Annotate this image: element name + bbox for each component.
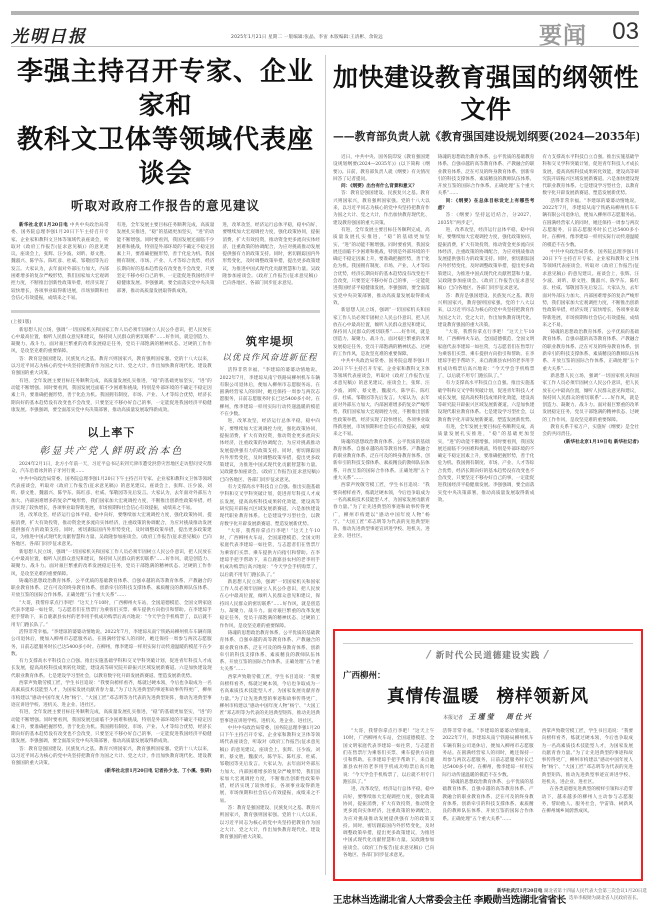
sidebox-body-4: “大哥，我帮你拿点行李吧！”这天上午10时，广西柳州火车站，全国道德模范、全国文… [220,528,320,579]
subheadline: 听取对政府工作报告的意见建议 [11,196,320,214]
issue-dateline: 2025年1月21日 星期二 一版编辑:张晶、李宙 本版编辑:王清彬、余锐远 [231,34,383,40]
headline-line-1[interactable]: 李强主持召开专家、企业家和 [11,55,320,123]
feature-main: (上接1版) 新思想人民立场，强调“一切国家机关和国家工作人员必须牢固树立人民公… [11,319,212,841]
masthead: 光明日报 2025年1月21日 星期二 一版编辑:张晶、李宙 本版编辑:王清彬、… [11,15,639,47]
question-2: 问：《纲要》在总体目标设定上有哪些考虑？ [438,198,535,213]
edu-col-2: 铸魂的思想政治教育体系、公平优质的基础教育体系、自强卓越的高等教育体系、产教融合… [438,154,535,541]
continuation-label: (上接1版) [11,319,212,326]
section1-body-2: 进，改革攻坚，经济运行总体平稳，稳中向好，要继续加大宏观调控力度，强化政策协同，… [11,512,212,548]
sidebox-body-9: 答：教育是强国建设、民族复兴之基。教育兴则国家兴，教育强则国家强。党的十八大以来… [220,805,320,841]
column-banner: / 新时代公民道德建设实践 / [343,643,633,661]
sidebox-body-3: 有力支撑高水平科技自立自强。推出实施基础学科和交叉学科突破计划，促进青年科技人才… [220,484,320,528]
section1-lead: 2024年2月1日，北方小年前一天，习近平总书记来到天津市遭受洪涝灾害地区走访慰… [11,461,212,476]
section1-body-9: 有进，全年发展主要目标任务顺利完成，高质量发展扎实推进，“稳”的基础更加坚实，“… [11,709,212,745]
edu-col3-body-5: 新思想人民立场，强调“一切国家机关和国家工作人员必须牢固树立人民公仆意识，把人民… [542,373,639,424]
section1-title: 以上率下 [11,424,212,440]
answer-2: 答：《纲要》坚持远近结合，分2027、2035年“两步走”。 [438,212,535,227]
edu-col2-body: 铸魂的思想政治教育体系、公平优质的基础教育体系、自强卓越的高等教育体系、产教融合… [438,154,535,198]
sidebox-title: 筑牢堤坝 [220,333,320,349]
column-banner-text: 新时代公民道德建设实践 [436,651,541,661]
section1-body: 中共中央政治局常委、国务院总理李强1月20日下午主持召开专家、企业家和教科文卫体… [11,476,212,512]
edu-col3-body: 有力支撑高水平科技自立自强。推出实施基础学科和交叉学科突破计划，促进青年科技人才… [542,154,639,198]
section1-body-7: 有力支撑高水平科技自立自强。推出实施基础学科和交叉学科突破计划，促进青年科技人才… [11,658,212,680]
edu-col3-body-2: 活得非常幸福。“李建琼的婆婆动情地说。2022年7月，李建琼从南宁铁路局柳州机车… [542,198,639,249]
brief-dateline: 新华社武汉1月20日电 [497,889,542,894]
section1-body-3: 新思想人民立场，强调“一切国家机关和国家工作人员必须牢固树立人民公仆意识，把人民… [11,549,212,578]
education-columns: 近日，中共中央、国务院印发《教育强国建设规划纲要(2024—2035年)》(以下… [333,154,639,541]
answer-1e: 铸魂的思想政治教育体系、公平优质的基础教育体系、自强卓越的高等教育体系、产教融合… [333,439,430,483]
headline-line-2[interactable]: 教科文卫体等领域代表座谈会 [11,123,320,191]
answer-1b: 有进，全年发展主要目标任务顺利完成，高质量发展扎实推进，“稳”的基础更加坚实，“… [333,227,430,307]
feature-col-3: 西掌声致敬劳模工匠，学生书目追说：“我要向榜样看齐，练就过硬本领，今后也争取成为… [542,728,633,881]
left-story: 李强主持召开专家、企业家和 教科文卫体等领域代表座谈会 听取对政府工作报告的意见… [11,55,320,875]
story-columns: 新华社北京1月20日电 中共中央政治局常委、国务院总理李强1月20日下午主持召开… [11,222,320,302]
feature-col-1: “大哥，我帮你拿点行李吧！”这天上午10时，广西柳州火车站，全国道德模范、全国文… [343,728,434,881]
edu-col-1: 近日，中共中央、国务院印发《教育强国建设规划纲要(2024—2035年)》(以下… [333,154,430,541]
sidebox-body-7: 西掌声致敬劳模工匠，学生书目追说：“我要向榜样看齐，练就过硬本领，今后也争取成为… [220,674,320,725]
feature-col2-text-2: 铸魂的思想政治教育体系、公平优质的基础教育体系、自强卓越的高等教育体系、产教融合… [442,779,533,823]
moral-construction-feature: / 新时代公民道德建设实践 / 广西柳州： 真情传温暖 榜样领新风 本报记者 王… [333,629,643,881]
answer-2e: 有力支撑高水平科技自立自强。推出实施基础学科和交叉学科突破计划，促进青年科技人才… [438,380,535,424]
section1-body-4: 铸魂的思想政治教育体系、公平优质的基础教育体系、自强卓越的高等教育体系、产教融合… [11,578,212,600]
feature-col-2: 活得非常幸福。“李建琼的婆婆动情地说。2022年7月，李建琼从南宁铁路局柳州机车… [442,728,533,881]
section1-body-6: 活得非常幸福。“李建琼的婆婆动情地说。2022年7月，李建琼从南宁铁路局柳州机车… [11,629,212,658]
byline: 本报记者 王瑾莹 周仕兴 [335,712,641,722]
brief-text: 新华社武汉1月20日电 湖北省第十四届人民代表大会第三次会议1月20日选举王忠林… [497,889,647,902]
answer-1c: 新思想人民立场，强调“一切国家机关和国家工作人员必须牢固树立人民公仆意识，把人民… [333,307,430,358]
answer-2b: 进，改革攻坚，经济运行总体平稳，稳中向好，要继续加大宏观调控力度，强化政策协同，… [438,227,535,293]
story-dateline: 新华社北京1月20日电 [19,223,68,228]
sidebox-body-5: 新思想人民立场，强调“一切国家机关和国家工作人员必须牢固树立人民公仆意识，把人民… [220,579,320,630]
answer-1d: 中共中央政治局常委、国务院总理李强1月20日下午主持召开专家、企业家和教科文卫体… [333,358,430,438]
section-divider [11,310,320,313]
sidebox-body: 活得非常幸福。“李建琼的婆婆动情地说。2022年7月，李建琼从南宁铁路局柳州机车… [220,367,320,418]
edu-closing: 教育关系千家万户，实施好《纲要》是全社会的共同责任。 [542,424,639,439]
body-col-3: 进，改革攻坚，经济运行总体平稳，稳中向好，要继续加大宏观调控力度，强化政策协同，… [222,222,320,302]
byline-names: 王瑾莹 周仕兴 [469,712,533,721]
newspaper-logo: 光明日报 [11,22,87,47]
feature-columns: (上接1版) 新思想人民立场，强调“一切国家机关和国家工作人员必须牢固树立人民公… [11,319,320,841]
body-col-2: 有进，全年发展主要目标任务顺利完成，高质量发展扎实推进，“稳”的基础更加坚实，“… [117,222,215,302]
section1-body-8: 西掌声致敬劳模工匠，学生书目追说：“我要向榜样看齐，练就过硬本领，今后也争取成为… [11,680,212,709]
feature-place: 广西柳州： [343,669,641,681]
feature-col3-text: 西掌声致敬劳模工匠，学生书目追说：“我要向榜样看齐，练就过硬本领，今后也争取成为… [542,728,633,786]
feature-col1-text-2: 进，改革攻坚，经济运行总体平稳，稳中向好，要继续加大宏观调控力度，强化政策协同，… [343,786,434,859]
page-number: 03 [612,18,639,46]
sidebox-body-6: 铸魂的思想政治教育体系、公平优质的基础教育体系、自强卓越的高等教育体系、产教融合… [220,630,320,674]
section-name: 要闻 [539,17,587,50]
feature-intro: 新思想人民立场，强调“一切国家机关和国家工作人员必须牢固树立人民公仆意识，把人民… [11,327,212,356]
question-1: 问：《纲要》出台有什么背景和意义？ [333,183,430,190]
closing-credit: (新华社北京1月20日电 记者孙少龙、丁小溪、张研) [11,768,212,775]
section1-subtitle: 彰显共产党人鲜明政治本色 [11,442,212,457]
edu-credit: (新华社北京1月19日电 新华社记者) [542,439,639,446]
edu-intro: 近日，中共中央、国务院印发《教育强国建设规划纲要(2024—2035年)》(以下… [333,154,430,183]
feature-columns: “大哥，我帮你拿点行李吧！”这天上午10时，广西柳州火车站，全国道德模范、全国文… [343,728,633,881]
feature-headline[interactable]: 真情传温暖 榜样领新风 [335,683,641,708]
body-col-1: 新华社北京1月20日电 中共中央政治局常委、国务院总理李强1月20日下午主持召开… [11,222,109,302]
body-text: 中共中央政治局常委、国务院总理李强1月20日下午主持召开专家、企业家和教科文卫体… [11,223,109,301]
answer-1: 答：教育是强国建设、民族复兴之基。教育兴则国家兴，教育强则国家强。党的十八大以来… [333,190,430,226]
banner-slash-left-icon: / [427,648,432,661]
edu-col3-body-3: 中共中央政治局常委、国务院总理李强1月20日下午主持召开专家、企业家和教科文卫体… [542,249,639,329]
section1-body-5: “大哥，我帮你拿点行李吧！”这天上午10时，广西柳州火车站，全国道德模范、全国文… [11,600,212,629]
edu-col-3: 有力支撑高水平科技自立自强。推出实施基础学科和交叉学科突破计划，促进青年科技人才… [542,154,639,541]
section1-body-10: 答：教育是强国建设、民族复兴之基。教育兴则国家兴，教育强则国家强。党的十八大以来… [11,746,212,768]
banner-slash-right-icon: / [544,648,549,661]
answer-1f: 西掌声致敬劳模工匠，学生书目追说：“我要向榜样看齐，练就过硬本领，今后也争取成为… [333,482,430,540]
feature-col2-text: 活得非常幸福。“李建琼的婆婆动情地说。2022年7月，李建琼从南宁铁路局柳州机车… [442,728,533,779]
column-divider [325,55,326,875]
feature-side: 筑牢堤坝 以优良作风奋进新征程 活得非常幸福。“李建琼的婆婆动情地说。2022年… [220,319,320,841]
feature-body: 答：教育是强国建设、民族复兴之基。教育兴则国家兴，教育强则国家强。党的十八大以来… [11,356,212,378]
feature-body-2: 有进，全年发展主要目标任务顺利完成，高质量发展扎实推进，“稳”的基础更加坚实，“… [11,378,212,414]
feature-col1-text: “大哥，我帮你拿点行李吧！”这天上午10时，广西柳州火车站，全国道德模范、全国文… [343,728,434,786]
sidebox-subtitle: 以优良作风奋进新征程 [220,351,320,363]
edu-col3-body-4: 铸魂的思想政治教育体系、公平优质的基础教育体系、自强卓越的高等教育体系、产教融合… [542,329,639,373]
answer-2f: 有进，全年发展主要目标任务顺利完成，高质量发展扎实推进，“稳”的基础更加坚实，“… [438,424,535,504]
answer-2c: 答：教育是强国建设、民族复兴之基。教育兴则国家兴，教育强则国家强。党的十八大以来… [438,293,535,329]
sidebox-body-2: 进，改革攻坚，经济运行总体平稳，稳中向好，要继续加大宏观调控力度，强化政策协同，… [220,418,320,484]
byline-label: 本报记者 [443,715,463,721]
bottom-brief: 王忠林当选湖北省人大常委会主任 李殿勋当选湖北省省长 新华社武汉1月20日电 湖… [333,887,643,915]
right-story: 加快建设教育强国的纲领性文件 ——教育部负责人就《教育强国建设规划纲要(2024… [333,55,639,625]
education-subheadline: ——教育部负责人就《教育强国建设规划纲要(2024—2035年)》答记者问 [333,129,639,144]
education-headline[interactable]: 加快建设教育强国的纲领性文件 [333,62,639,126]
answer-2d: “大哥，我帮你拿点行李吧！”这天上午10时，广西柳州火车站，全国道德模范、全国文… [438,329,535,380]
feature-closing: 在各类道德先进典型的榜样引领和示范带动下，越来越多的柳州人主动参与志愿服务，帮助… [542,786,633,815]
sidebox-body-8: 中共中央政治局常委、国务院总理李强1月20日下午主持召开专家、企业家和教科文卫体… [220,725,320,805]
